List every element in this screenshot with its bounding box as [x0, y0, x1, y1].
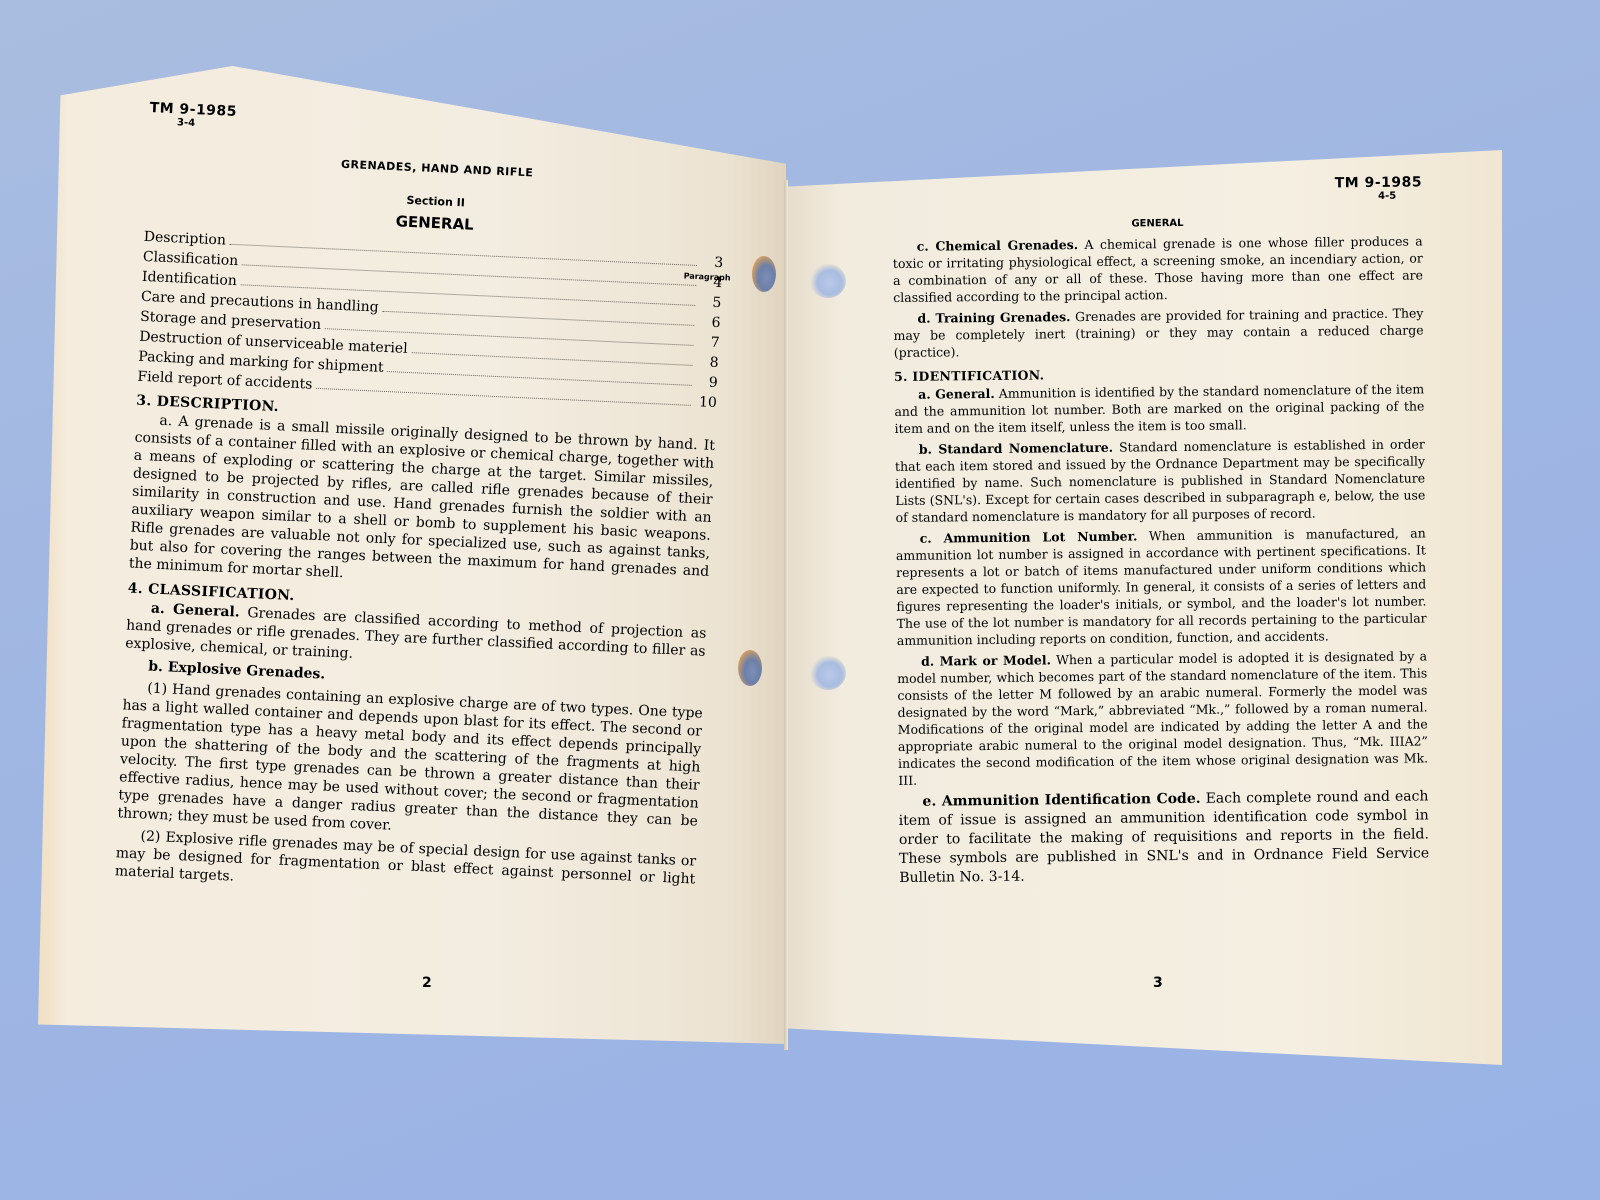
subheading: d. Mark or Model. [921, 652, 1051, 668]
toc-paragraph-number: 5 [701, 294, 722, 311]
toc-paragraph-number: 6 [700, 314, 721, 331]
binding-hole-icon [810, 656, 846, 690]
table-of-contents: Paragraph Description3Classification4Ide… [137, 225, 724, 411]
subheading: c. Chemical Grenades. [917, 237, 1079, 254]
paragraph: b. Standard Nomenclature. Standard nomen… [895, 435, 1426, 526]
paragraph-text: When a particular model is adopted it is… [897, 648, 1428, 788]
toc-paragraph-number: 9 [697, 374, 718, 391]
paragraph: d. Training Grenades. Grenades are provi… [893, 304, 1424, 361]
paragraph: c. Chemical Grenades. A chemical grenade… [893, 232, 1424, 306]
subheading: a. General. [918, 386, 995, 402]
subheading: b. Standard Nomenclature. [919, 440, 1113, 457]
left-page-content: TM 9-1985 3-4 GRENADES, HAND AND RIFLE S… [114, 100, 729, 911]
binding-hole-icon [752, 256, 776, 292]
paragraph: (1) Hand grenades containing an explosiv… [117, 678, 703, 848]
toc-paragraph-number: 8 [698, 354, 719, 371]
toc-paragraph-number: 3 [703, 254, 724, 271]
toc-paragraph-number: 7 [699, 334, 720, 351]
binding-hole-icon [738, 650, 762, 686]
subheading: a. General. [151, 601, 240, 621]
toc-paragraph-number: 10 [696, 394, 717, 411]
paragraph: a. A grenade is a small missile original… [129, 411, 716, 599]
paragraph: e. Ammunition Identification Code. Each … [898, 787, 1429, 888]
chapter-title: GRENADES, HAND AND RIFLE [147, 149, 727, 188]
page-number: 3 [1153, 975, 1163, 991]
book-gutter [784, 180, 788, 1050]
subheading: c. Ammunition Lot Number. [920, 528, 1138, 545]
page-number: 2 [422, 975, 432, 991]
right-page-content: TM 9-1985 4-5 GENERAL c. Chemical Grenad… [892, 174, 1429, 892]
paragraph: a. General. Ammunition is identified by … [894, 380, 1425, 437]
subheading: d. Training Grenades. [917, 309, 1070, 326]
toc-label: Field report of accidents [137, 369, 313, 393]
binding-hole-icon [810, 264, 846, 298]
subheading: e. Ammunition Identification Code. [922, 791, 1200, 810]
paragraph: c. Ammunition Lot Number. When ammunitio… [896, 524, 1427, 649]
paragraph: d. Mark or Model. When a particular mode… [897, 647, 1428, 789]
running-title: GENERAL [892, 215, 1422, 232]
